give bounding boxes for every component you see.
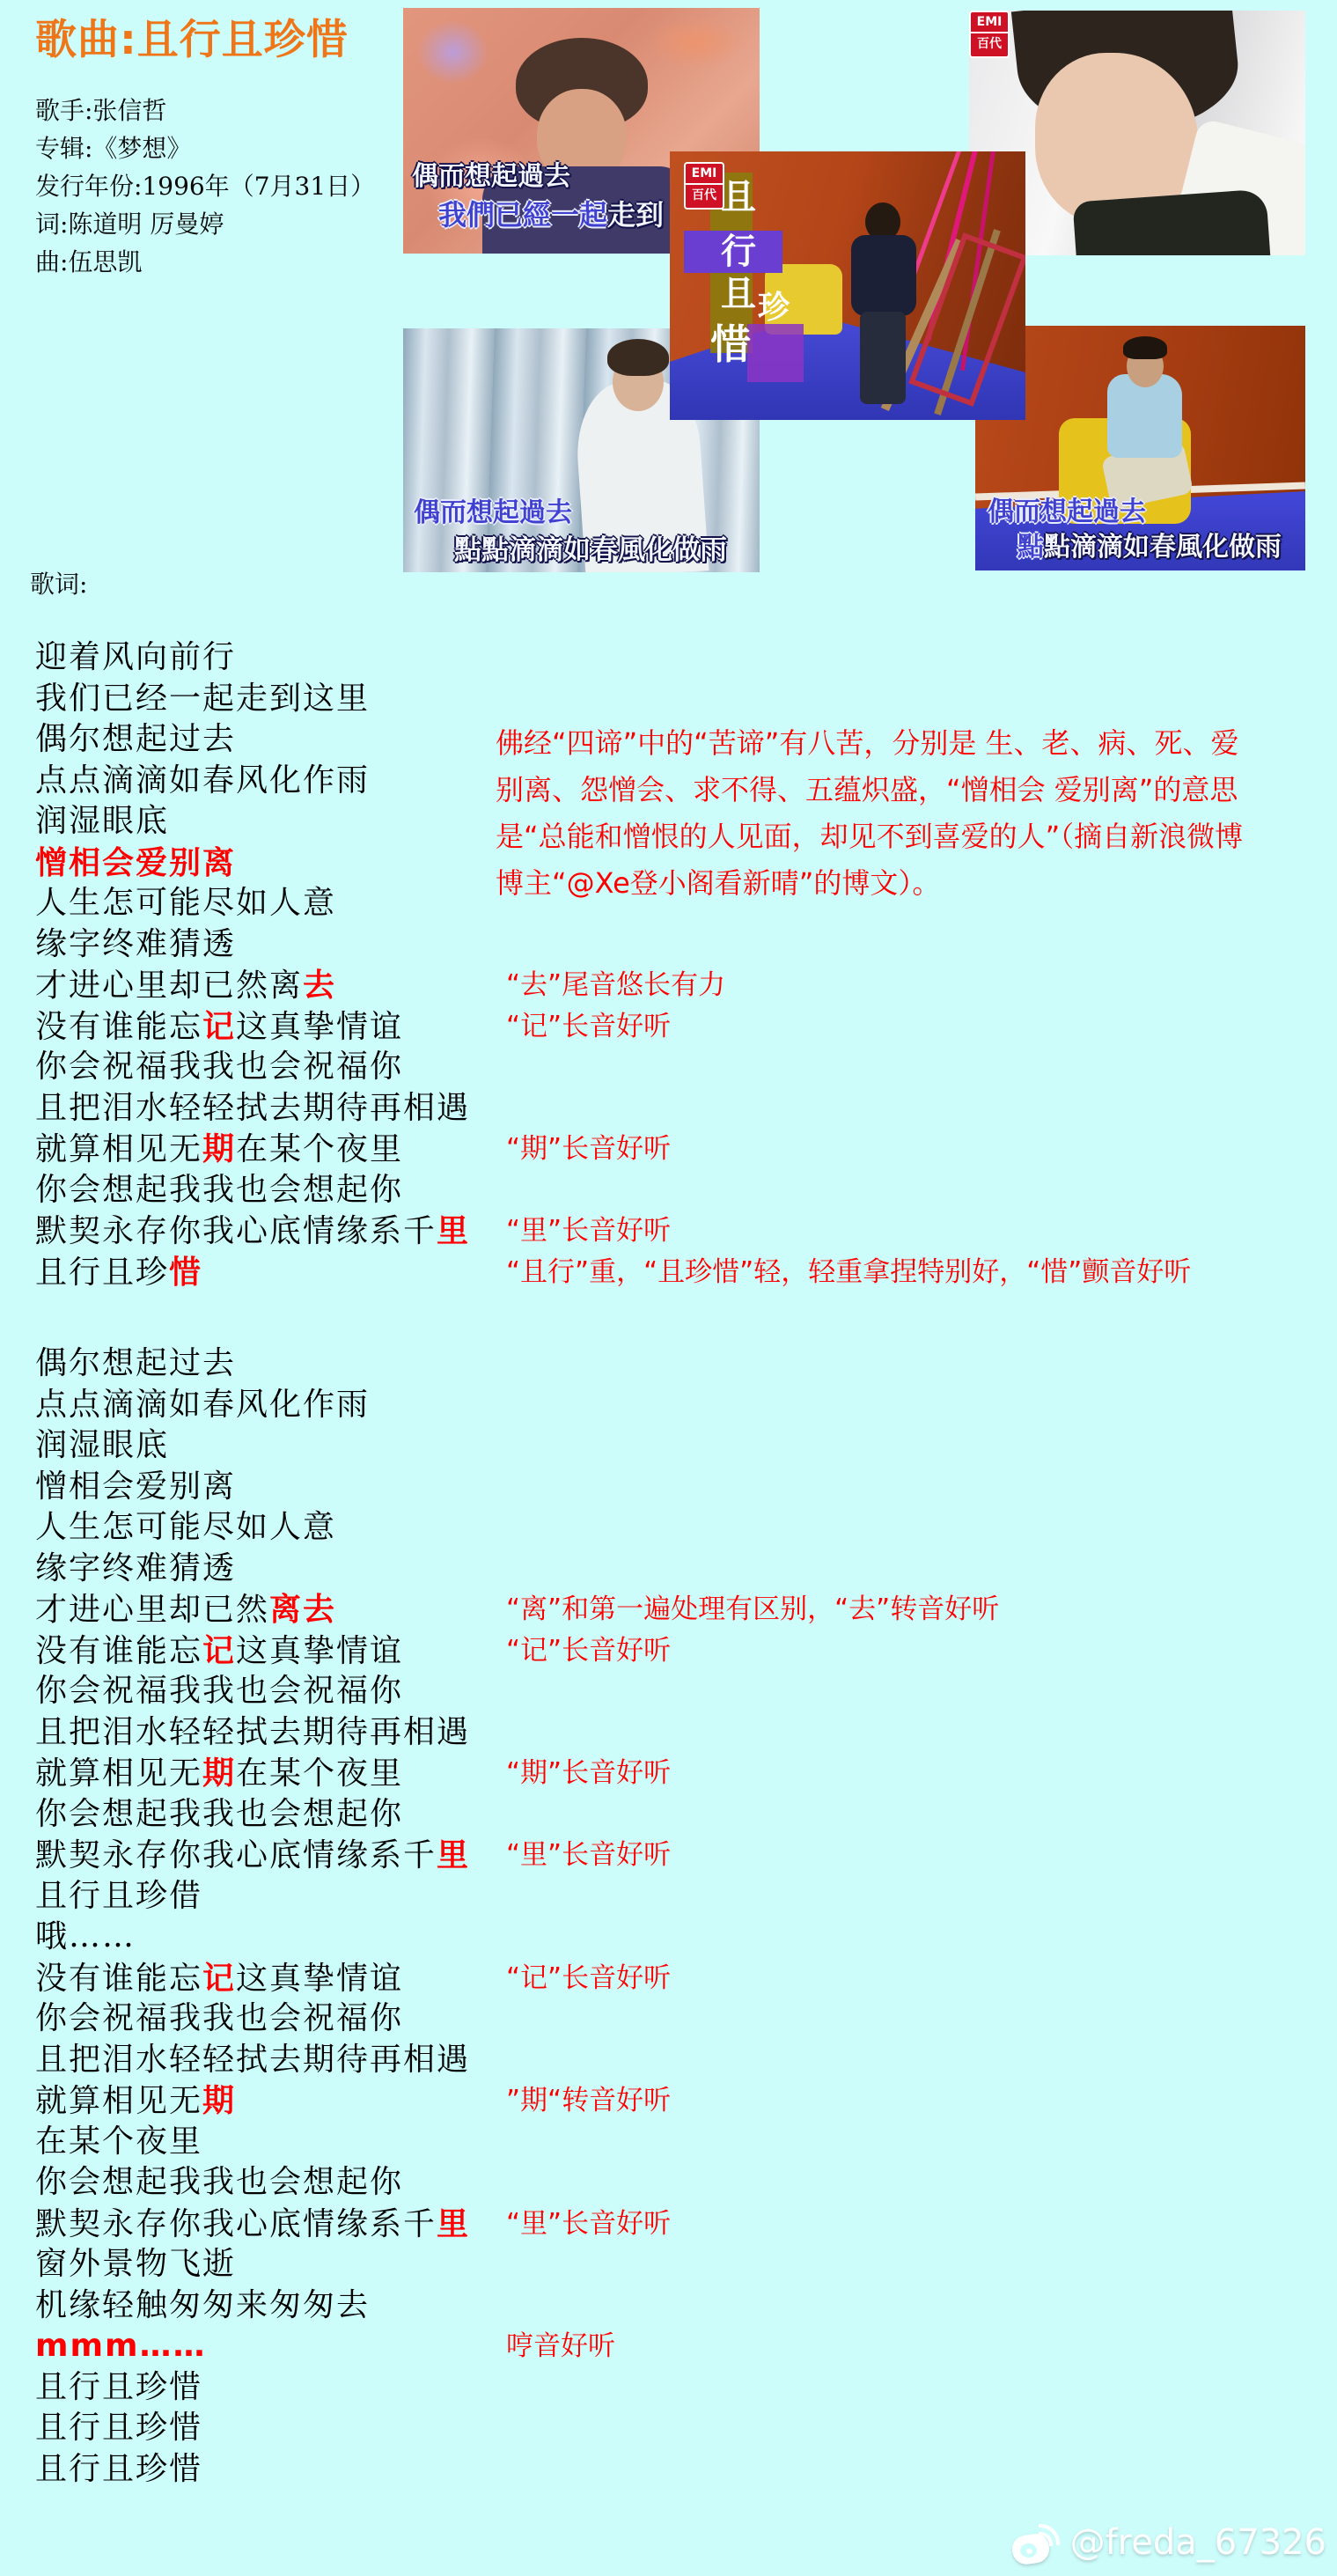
- lyric-annotation: “期”长音好听: [506, 1753, 671, 1794]
- karaoke-subtitle: 偶而想起過去: [414, 490, 572, 529]
- lyric-line: 人生怎可能尽如人意: [35, 1507, 1329, 1549]
- mv-title-char: 惜: [710, 324, 751, 364]
- lyric-line: 且行且珍惜: [35, 2367, 1329, 2409]
- lyric-line: 默契永存你我心底情缘系千里“里”长音好听: [35, 1835, 1329, 1876]
- mv-title-char: 且: [721, 276, 756, 312]
- lyric-annotation: “里”长音好听: [506, 1211, 671, 1252]
- lyric-annotation: “里”长音好听: [506, 1835, 671, 1876]
- lyric-line: 默契永存你我心底情缘系千里“里”长音好听: [35, 2204, 1329, 2245]
- lyric-line: 缘字终难猜透: [35, 1549, 1329, 1590]
- lyric-line: 且把泪水轻轻拭去期待再相遇: [35, 1712, 1329, 1754]
- lyric-line: 你会祝福我我也会祝福你: [35, 1047, 1329, 1088]
- meta-composer: 曲:伍思凯: [35, 243, 375, 281]
- karaoke-subtitle: 點點滴滴如春風化做雨: [1017, 525, 1282, 563]
- lyric-line: 憎相会爱别离: [35, 1467, 1329, 1508]
- lyric-annotation: “记”长音好听: [506, 1006, 671, 1048]
- page-title: 歌曲:且行且珍惜: [35, 7, 349, 66]
- lyrics-list: 迎着风向前行我们已经一起走到这里偶尔想起过去点点滴滴如春风化作雨润湿眼底憎相会爱…: [35, 637, 1329, 2490]
- lyric-line: 且把泪水轻轻拭去期待再相遇: [35, 2040, 1329, 2081]
- lyric-line: 哦……: [35, 1917, 1329, 1958]
- figure-hair: [607, 339, 669, 376]
- lyric-annotation: “记”长音好听: [506, 1958, 671, 1999]
- lyric-line: 点点滴滴如春风化作雨: [35, 761, 1329, 802]
- lyric-annotation: “离”和第一遍处理有区别，“去”转音好听: [506, 1589, 999, 1630]
- lyrics-label: 歌词:: [30, 565, 87, 600]
- lyric-line: 缘字终难猜透: [35, 924, 1329, 966]
- lyric-line: 默契永存你我心底情缘系千里“里”长音好听: [35, 1211, 1329, 1252]
- karaoke-subtitle: 偶而想起過去: [988, 489, 1146, 528]
- lyric-line: 你会想起我我也会想起你: [35, 2162, 1329, 2204]
- lyric-line: 润湿眼底: [35, 1425, 1329, 1467]
- lyric-line: 你会想起我我也会想起你: [35, 1794, 1329, 1836]
- figure-body: [851, 235, 916, 316]
- karaoke-subtitle: 我們已經一起走到: [438, 193, 664, 233]
- lyric-line: 你会祝福我我也会祝福你: [35, 1671, 1329, 1712]
- meta-release: 发行年份:1996年（7月31日）: [35, 167, 375, 205]
- lyric-line: 偶尔想起过去: [35, 719, 1329, 761]
- lyric-line: 人生怎可能尽如人意: [35, 883, 1329, 924]
- song-metadata: 歌手:张信哲 专辑:《梦想》 发行年份:1996年（7月31日） 词:陈道明 厉…: [35, 92, 375, 281]
- lyric-annotation: 哼音好听: [506, 2326, 615, 2367]
- lyric-line: 且行且珍借: [35, 1876, 1329, 1917]
- lyric-annotation: “且行”重，“且珍惜”轻，轻重拿捏特别好，“惜”颤音好听: [506, 1252, 1191, 1293]
- lyric-line: 就算相见无期在某个夜里“期”长音好听: [35, 1129, 1329, 1170]
- lyric-line: 没有谁能忘记这真挚情谊“记”长音好听: [35, 1630, 1329, 1672]
- lyric-annotation: “去”尾音悠长有力: [506, 965, 725, 1006]
- title-purple-block: [747, 324, 804, 382]
- lyric-line: 我们已经一起走到这里: [35, 679, 1329, 720]
- mv-still-center: 且 行 且 珍 惜 EMI 百代: [670, 151, 1025, 420]
- watermark: @freda_67326: [1012, 2521, 1326, 2564]
- karaoke-subtitle: 偶而想起過去: [412, 154, 570, 193]
- lyric-line: 憎相会爱别离: [35, 843, 1329, 884]
- figure-legs: [860, 312, 906, 404]
- lyric-annotation: “期”长音好听: [506, 1129, 671, 1170]
- lyric-line: 没有谁能忘记这真挚情谊“记”长音好听: [35, 1958, 1329, 1999]
- lyric-line: 才进心里却已然离去“离”和第一遍处理有区别，“去”转音好听: [35, 1589, 1329, 1630]
- emi-logo: EMI 百代: [684, 162, 724, 210]
- lyric-line: 润湿眼底: [35, 801, 1329, 843]
- lyrics-sheet-page: 歌曲:且行且珍惜 歌手:张信哲 专辑:《梦想》 发行年份:1996年（7月31日…: [0, 0, 1337, 2576]
- mv-title-char: 行: [721, 234, 756, 269]
- watermark-handle: @freda_67326: [1070, 2522, 1326, 2563]
- lyric-line: 在某个夜里: [35, 2122, 1329, 2163]
- lyric-annotation: “里”长音好听: [506, 2204, 671, 2245]
- meta-singer: 歌手:张信哲: [35, 92, 375, 129]
- lyric-line: 点点滴滴如春风化作雨: [35, 1385, 1329, 1426]
- weibo-icon: [1012, 2521, 1062, 2564]
- lyric-line: 偶尔想起过去: [35, 1343, 1329, 1385]
- lyric-line: 迎着风向前行: [35, 637, 1329, 679]
- lyric-line: 就算相见无期在某个夜里“期”长音好听: [35, 1753, 1329, 1794]
- meta-album: 专辑:《梦想》: [35, 129, 375, 167]
- lyric-line: 你会想起我我也会想起你: [35, 1170, 1329, 1211]
- lyric-line: 机缘轻触匆匆来匆匆去: [35, 2285, 1329, 2327]
- meta-lyricist: 词:陈道明 厉曼婷: [35, 205, 375, 243]
- lyric-annotation: ”期“转音好听: [506, 2080, 671, 2122]
- emi-logo: EMI 百代: [969, 11, 1010, 58]
- lyric-line: 你会祝福我我也会祝福你: [35, 1998, 1329, 2040]
- lyric-line: 且把泪水轻轻拭去期待再相遇: [35, 1088, 1329, 1130]
- lyric-line: 且行且珍惜: [35, 2449, 1329, 2491]
- lyric-line: 且行且珍惜“且行”重，“且珍惜”轻，轻重拿捏特别好，“惜”颤音好听: [35, 1252, 1329, 1293]
- karaoke-subtitle: 點點滴滴如春風化做雨: [454, 527, 727, 567]
- figure-hair: [1123, 336, 1167, 359]
- mv-title-char: 珍: [758, 292, 790, 324]
- lyric-line: 且行且珍惜: [35, 2408, 1329, 2449]
- lyric-line: 没有谁能忘记这真挚情谊“记”长音好听: [35, 1006, 1329, 1048]
- mv-title-char: 且: [721, 180, 756, 215]
- lyric-line: 才进心里却已然离去“去”尾音悠长有力: [35, 965, 1329, 1006]
- lyric-line: 窗外景物飞逝: [35, 2244, 1329, 2285]
- lyric-annotation: “记”长音好听: [506, 1630, 671, 1672]
- lyric-line: mmm……哼音好听: [35, 2326, 1329, 2367]
- lyric-line: 就算相见无期”期“转音好听: [35, 2080, 1329, 2122]
